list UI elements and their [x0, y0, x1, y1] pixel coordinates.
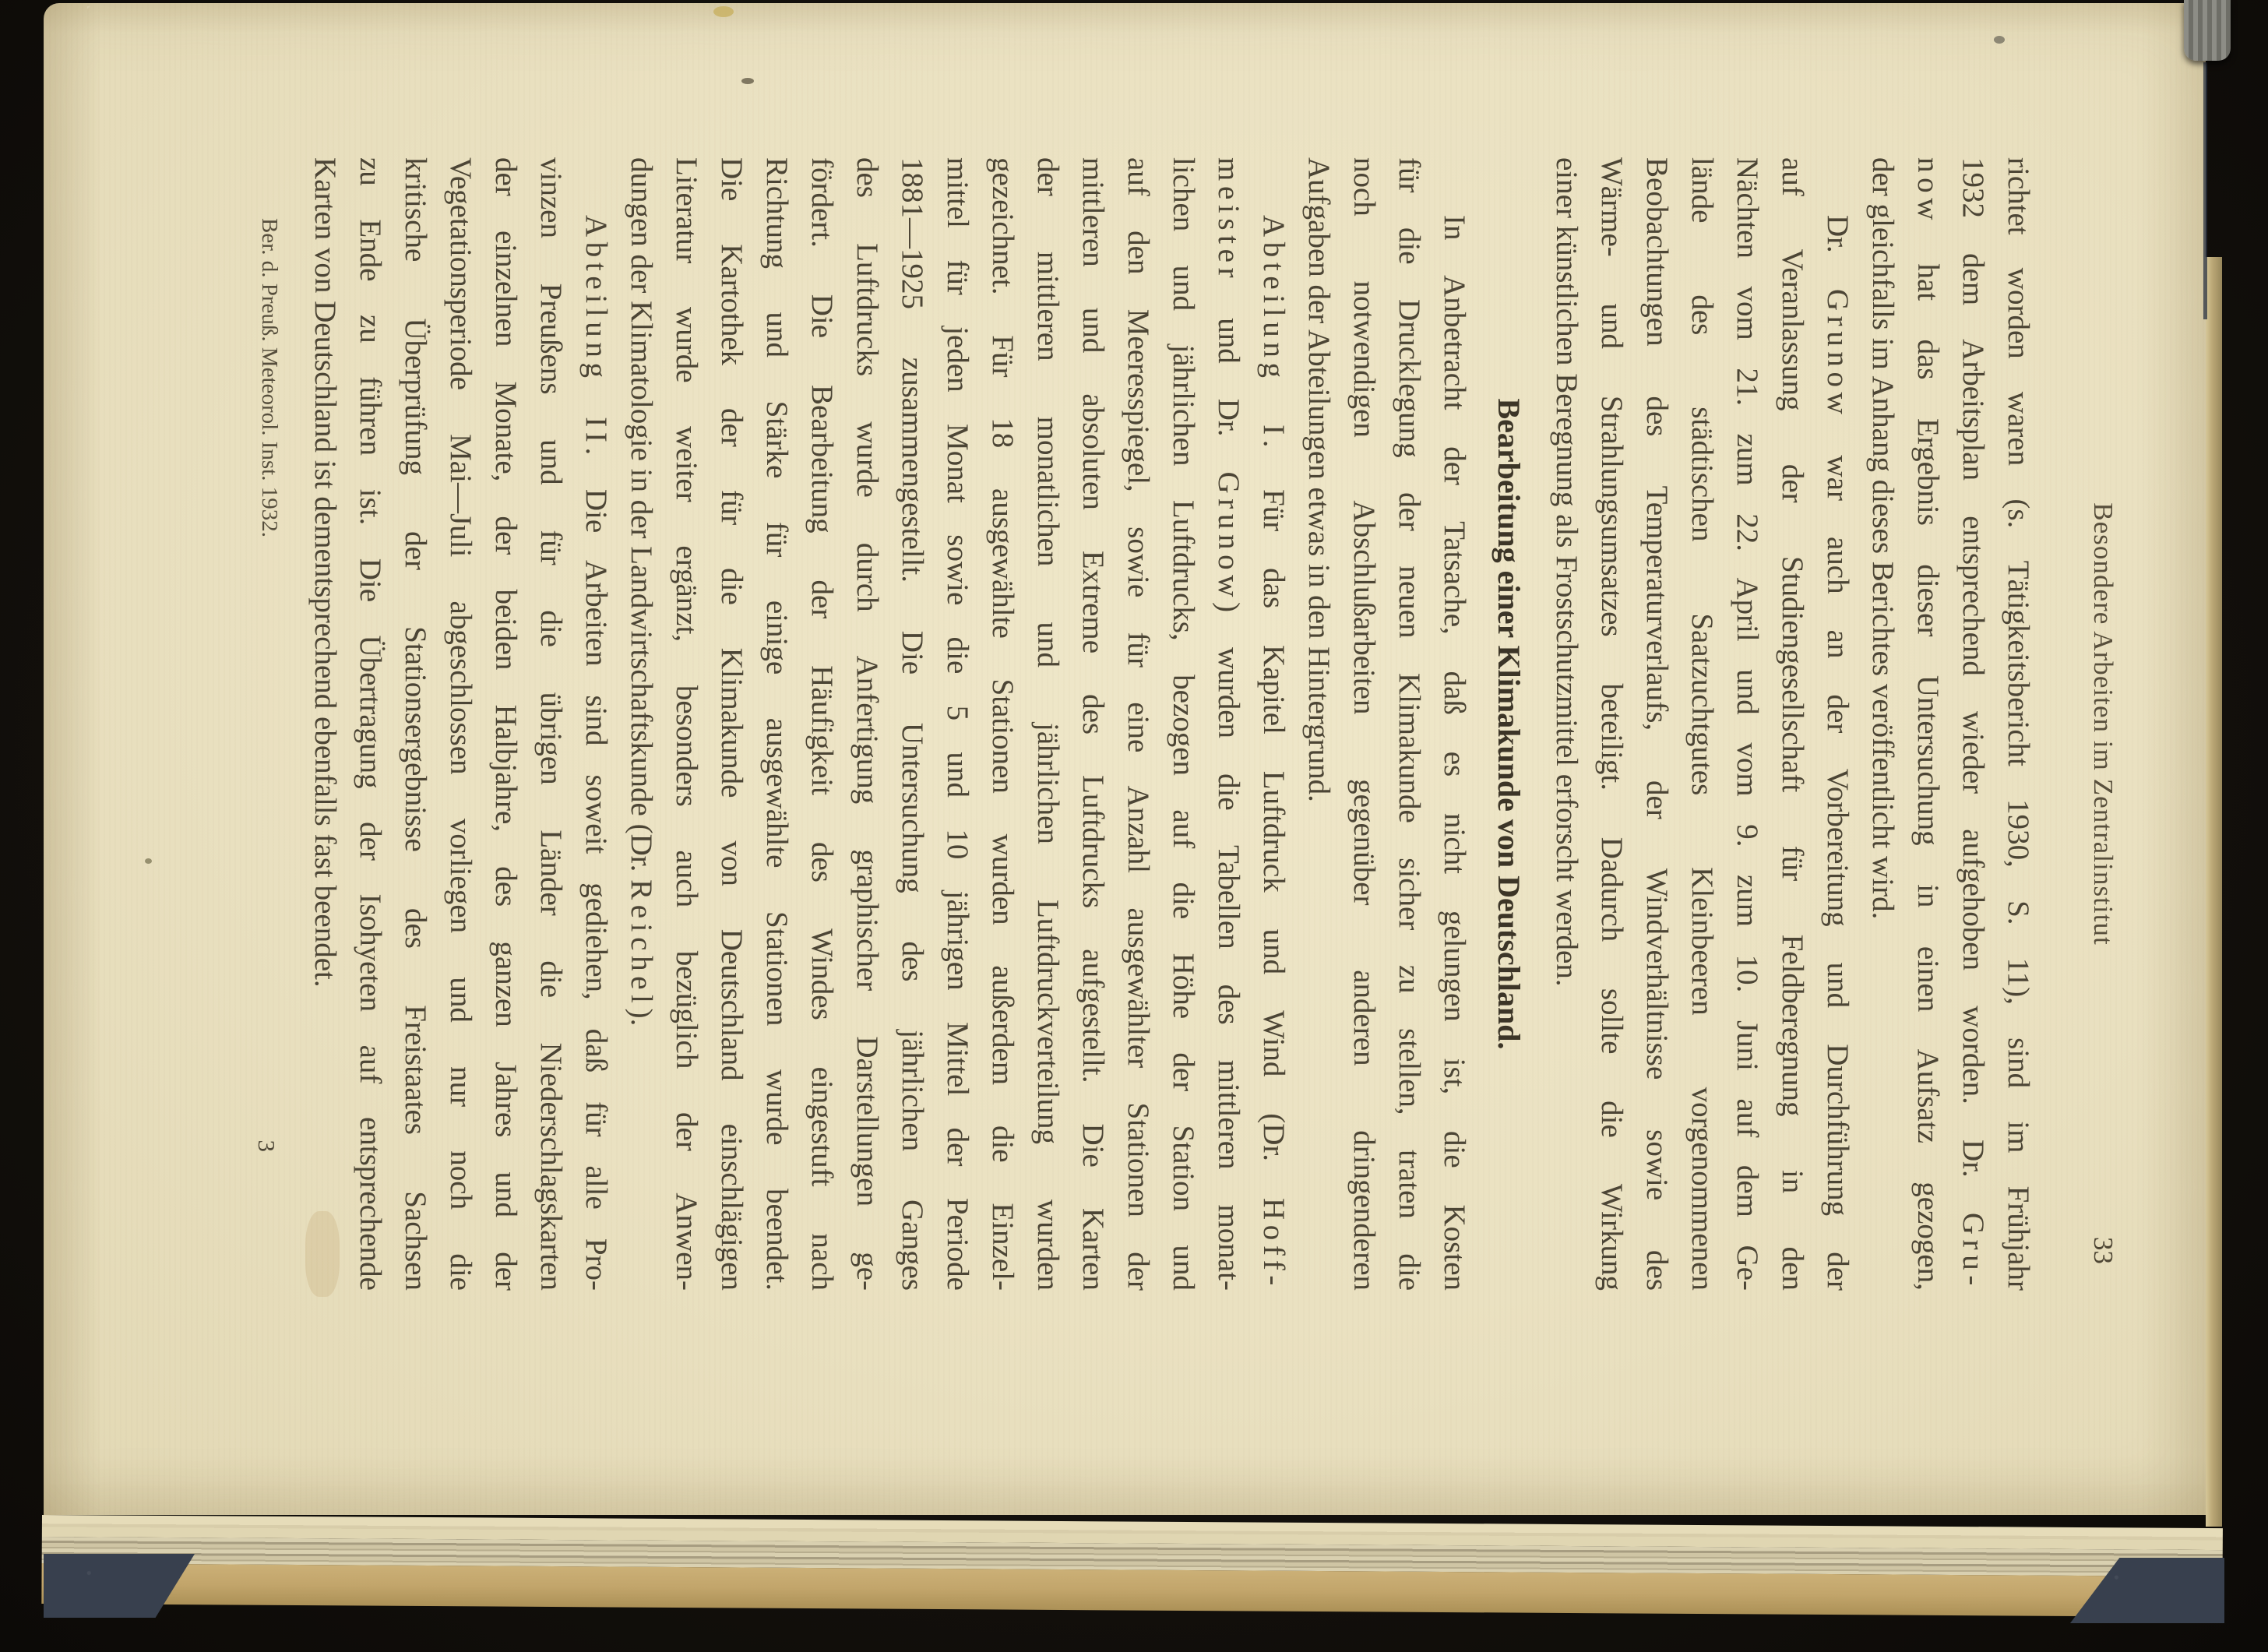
- text-line: gezeichnet. Für 18 ausgewählte Stationen…: [980, 157, 1025, 1291]
- letterspaced-emphasis: meister: [1212, 157, 1245, 283]
- text-body: richtet worden waren (s. Tätigkeitsberic…: [302, 157, 2041, 1291]
- text-line: Wärme- und Strahlungsumsatzes beteiligt.…: [1589, 157, 1634, 1291]
- endband: [2184, 0, 2231, 61]
- text-line: Die Kartothek der für die Klimakunde von…: [709, 157, 754, 1291]
- text-line: In Anbetracht der Tatsache, daß es nicht…: [1432, 157, 1477, 1291]
- text-line: Abteilung II. Die Arbeiten sind soweit g…: [573, 157, 618, 1291]
- text-line: der einzelnen Monate, der beiden Halbjah…: [483, 157, 528, 1291]
- text-line: richtet worden waren (s. Tätigkeitsberic…: [1995, 157, 2041, 1291]
- page-block-fore-edge: [2206, 257, 2222, 1527]
- letterspaced-emphasis: Hoff-: [1257, 1198, 1291, 1291]
- text-line: 1881—1925 zusammengestellt. Die Untersuc…: [889, 157, 935, 1291]
- rotated-page-content: Besondere Arbeiten im Zentralinstitut 33…: [293, 157, 2122, 1291]
- page-corner-crease: [87, 6, 188, 61]
- text-line: fördert. Die Bearbeitung der Häufigkeit …: [799, 157, 844, 1291]
- text-line: kritische Überprüfung der Stationsergebn…: [393, 157, 438, 1291]
- text-line: 1932 dem Arbeitsplan entsprechend wieder…: [1950, 157, 1995, 1291]
- text-line: auf Veranlassung der Studiengesellschaft…: [1770, 157, 1815, 1291]
- text-line: Vegetationsperiode Mai—Juli abgeschlosse…: [438, 157, 483, 1291]
- paper-speck: [145, 858, 152, 864]
- text-line: einer künstlichen Beregnung als Frostsch…: [1544, 157, 1589, 1291]
- paper-speck: [713, 6, 734, 17]
- letterspaced-emphasis: Grunow: [1821, 289, 1854, 420]
- book-scan-photo: Besondere Arbeiten im Zentralinstitut 33…: [0, 0, 2268, 1652]
- text-line: Richtung und Stärke für einige ausgewähl…: [754, 157, 799, 1291]
- page-footer: Ber. d. Preuß. Meteorol. Inst. 1932. 3: [248, 157, 282, 1291]
- text-line: des Luftdrucks wurde durch Anfertigung g…: [844, 157, 889, 1291]
- text-line: lände des städtischen Saatzuchtgutes Kle…: [1679, 157, 1724, 1291]
- text-line: mittel für jeden Monat sowie die 5 und 1…: [935, 157, 980, 1291]
- text-line: Nächten vom 21. zum 22. April und vom 9.…: [1724, 157, 1770, 1291]
- cover-edge-line: [2203, 62, 2207, 319]
- text-line: noch notwendigen Abschlußarbeiten gegenü…: [1341, 157, 1386, 1291]
- text-line: zu Ende zu führen ist. Die Übertragung d…: [347, 157, 393, 1291]
- text-line: Karten von Deutschland ist dementspreche…: [302, 157, 347, 1291]
- letterspaced-emphasis: Grunow: [1212, 471, 1245, 602]
- text-line: vinzen Preußens und für die übrigen Länd…: [528, 157, 573, 1291]
- text-line: now hat das Ergebnis dieser Untersuchung…: [1905, 157, 1950, 1291]
- section-heading: Bearbeitung einer Klimakunde von Deutsch…: [1486, 157, 1531, 1291]
- text-line: mittleren und absoluten Extreme des Luft…: [1070, 157, 1115, 1291]
- letterspaced-emphasis: now: [1911, 157, 1945, 225]
- text-line: meister und Dr. Grunow) wurden die Tabel…: [1206, 157, 1251, 1291]
- signature-mark: 3: [252, 1140, 280, 1153]
- text-line: Aufgaben der Abteilungen etwas in den Hi…: [1296, 157, 1341, 1291]
- letterspaced-emphasis: Reichel: [625, 879, 658, 1009]
- text-line: dungen der Klimatologie in der Landwirts…: [618, 157, 664, 1291]
- text-line: Literatur wurde weiter ergänzt, besonder…: [664, 157, 709, 1291]
- letterspaced-emphasis: Abteilung II.: [579, 215, 613, 460]
- text-line: Dr. Grunow war auch an der Vorbereitung …: [1815, 157, 1860, 1291]
- text-line: Beobachtungen des Temperaturverlaufs, de…: [1634, 157, 1679, 1291]
- footnote: Ber. d. Preuß. Meteorol. Inst. 1932.: [257, 218, 282, 537]
- text-line: Abteilung I. Für das Kapitel Luftdruck u…: [1251, 157, 1296, 1291]
- running-head-title: Besondere Arbeiten im Zentralinstitut: [2088, 502, 2118, 946]
- paper-stain: [305, 1211, 340, 1297]
- text-line: lichen und jährlichen Luftdrucks, bezoge…: [1160, 157, 1206, 1291]
- text-line: auf den Meeresspiegel, sowie für eine An…: [1115, 157, 1160, 1291]
- running-head: Besondere Arbeiten im Zentralinstitut 33: [2084, 157, 2122, 1291]
- page-block-bottom-edge: [41, 1515, 2223, 1617]
- paper-speck: [741, 78, 754, 84]
- letterspaced-emphasis: Abteilung I.: [1257, 215, 1291, 453]
- letterspaced-emphasis: Gru-: [1956, 1213, 1990, 1291]
- cover-corner-left: [44, 1554, 195, 1618]
- text-line: für die Drucklegung der neuen Klimakunde…: [1386, 157, 1432, 1291]
- text-line: der mittleren monatlichen und jährlichen…: [1025, 157, 1070, 1291]
- book-page: Besondere Arbeiten im Zentralinstitut 33…: [44, 3, 2206, 1515]
- text-line: der gleichfalls im Anhang dieses Bericht…: [1860, 157, 1905, 1291]
- paper-speck: [1994, 36, 2005, 44]
- page-number: 33: [2084, 1237, 2122, 1264]
